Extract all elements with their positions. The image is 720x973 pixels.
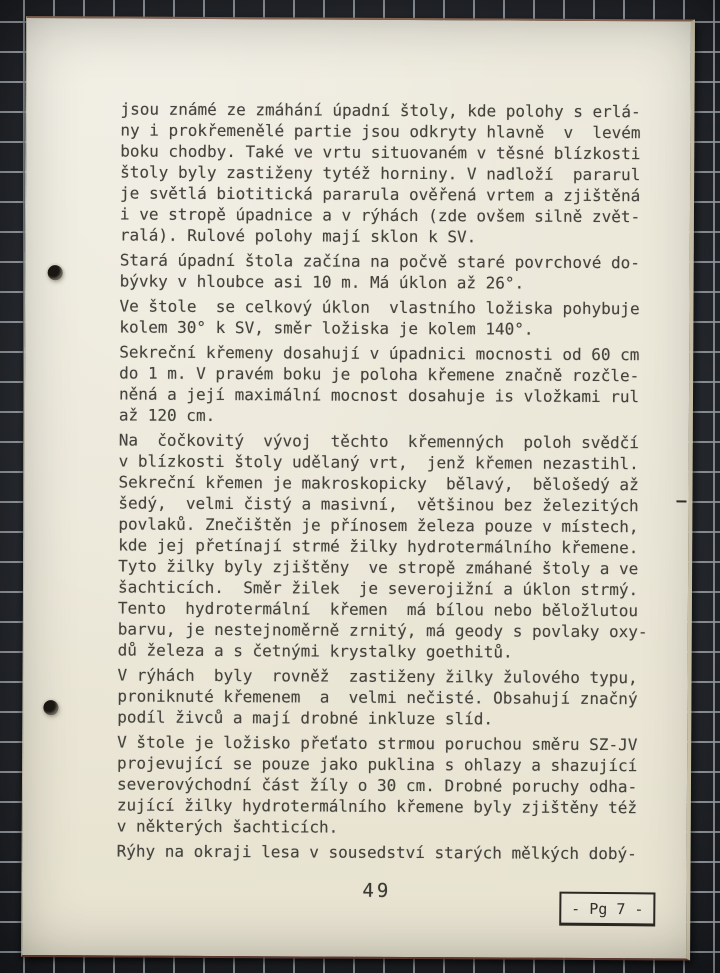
punch-hole-top — [48, 265, 63, 280]
paragraph: V štole je ložisko přeťato strmou poruch… — [117, 731, 648, 839]
paragraph: Ve štole se celkový úklon vlastního loži… — [119, 295, 649, 340]
paragraph: Sekreční křemeny dosahují v úpadnici moc… — [119, 341, 649, 428]
punch-hole-bottom — [43, 700, 58, 715]
page-stamp-box: - Pg 7 - — [559, 892, 655, 927]
document-text: jsou známé ze zmáhání úpadní štoly, kde … — [117, 98, 651, 868]
page-number: 49 — [362, 880, 391, 902]
paragraph: Stará úpadní štola začína na počvě staré… — [120, 249, 650, 294]
document-page: jsou známé ze zmáhání úpadní štoly, kde … — [21, 16, 695, 960]
tiled-desk-background: jsou známé ze zmáhání úpadní štoly, kde … — [0, 0, 720, 973]
paragraph: jsou známé ze zmáhání úpadní štoly, kde … — [120, 98, 651, 248]
page-edge-mark — [676, 500, 686, 502]
paragraph: Rýhy na okraji lesa v sousedství starých… — [117, 840, 647, 864]
paragraph: Na čočkovitý vývoj těchto křemenných pol… — [118, 429, 649, 663]
paragraph: V rýhách byly rovněž zastiženy žilky žul… — [117, 664, 647, 730]
